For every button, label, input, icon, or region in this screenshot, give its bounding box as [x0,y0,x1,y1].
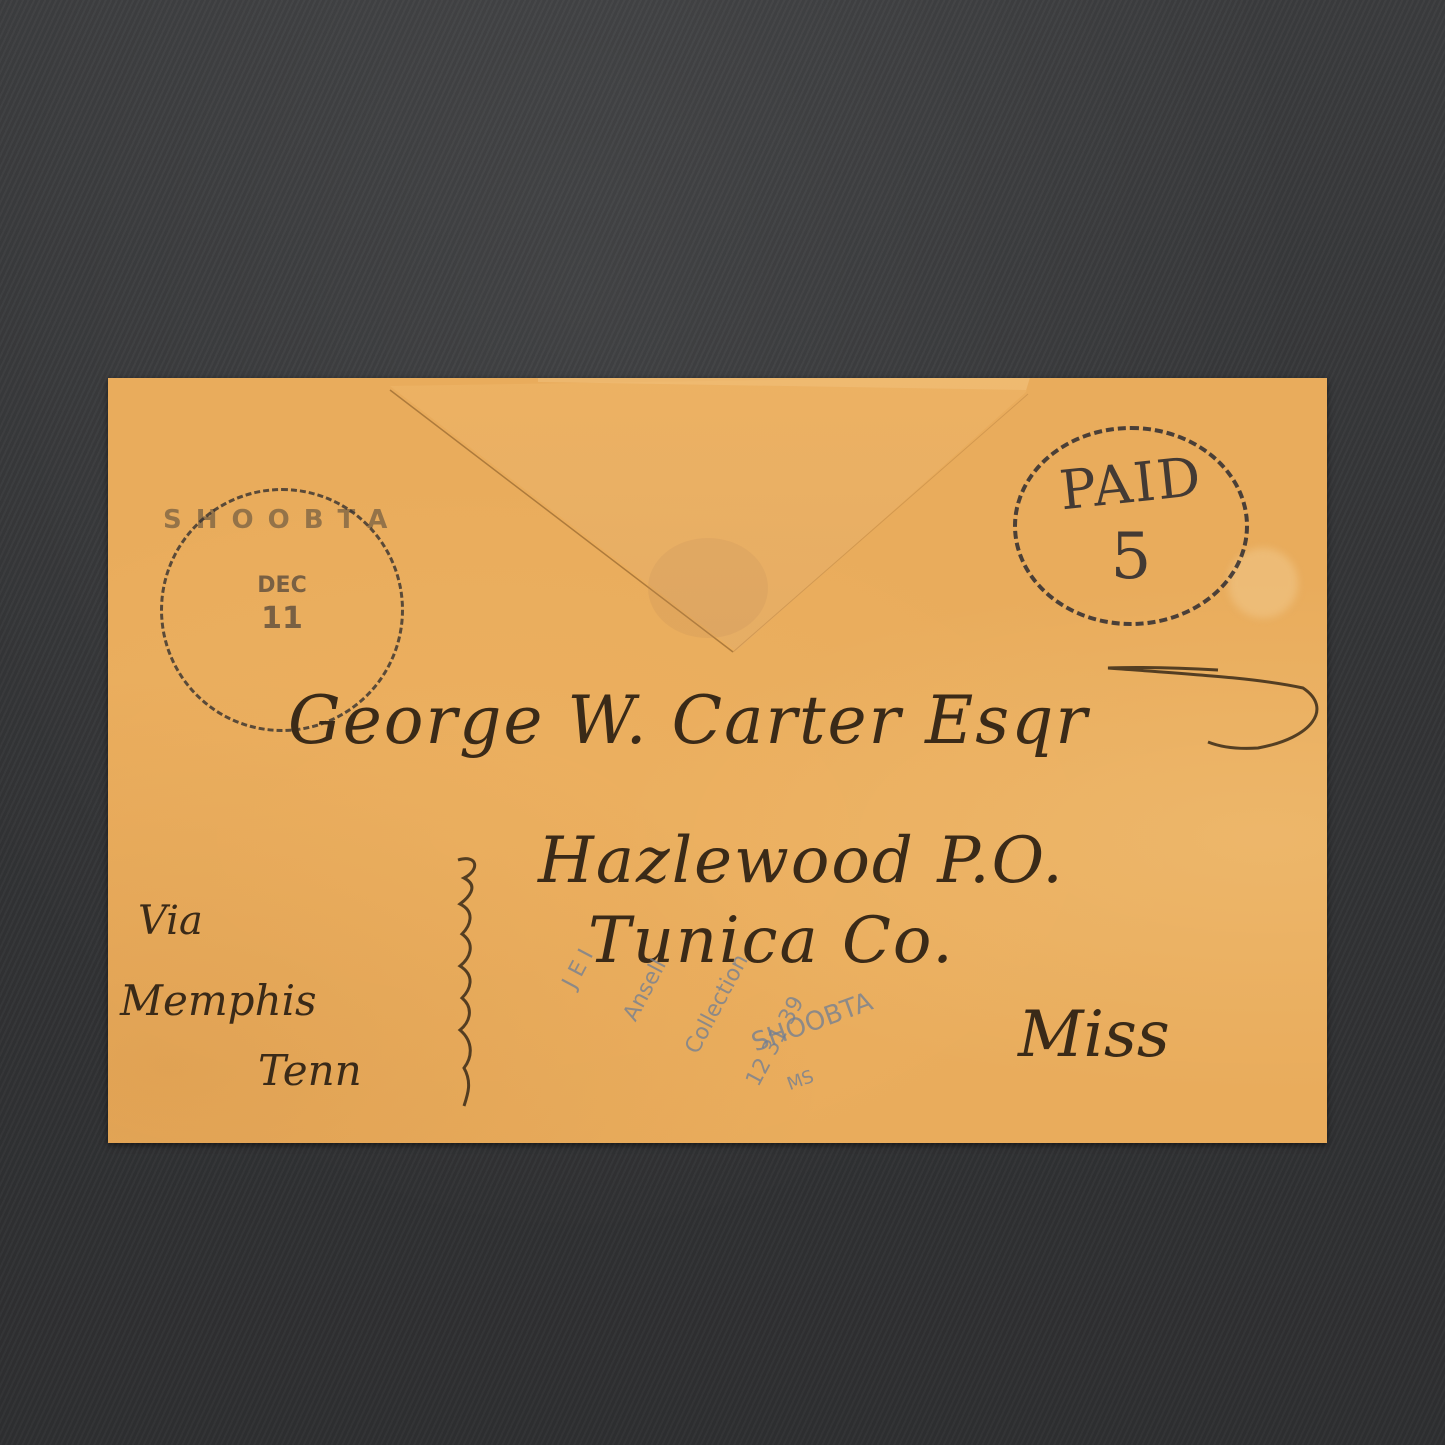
paid-rate-handstamp: PAID 5 [1013,426,1249,626]
rate-value: 5 [1017,520,1245,594]
pencil-note-line: J E I [559,886,630,993]
addressee-post-office: Hazlewood P.O. [538,824,1065,898]
routing-via: Via [138,898,203,944]
paid-text: PAID [1014,440,1247,526]
routing-state: Tenn [258,1046,362,1095]
envelope: SHOOBTA DEC 11 PAID 5 George W. Carter E… [108,378,1327,1143]
pencil-town: SHOOBTA [748,987,877,1058]
addressee-name: George W. Carter Esqr [288,682,1089,759]
addressee-state: Miss [1018,998,1170,1072]
postmark-town: SHOOBTA [163,505,401,535]
postmark-day: 11 [163,601,401,636]
postmark-month: DEC [163,573,401,598]
routing-city: Memphis [120,976,317,1025]
pencil-state: MS [785,1040,893,1095]
pencil-note-line: Ansell [620,918,691,1025]
